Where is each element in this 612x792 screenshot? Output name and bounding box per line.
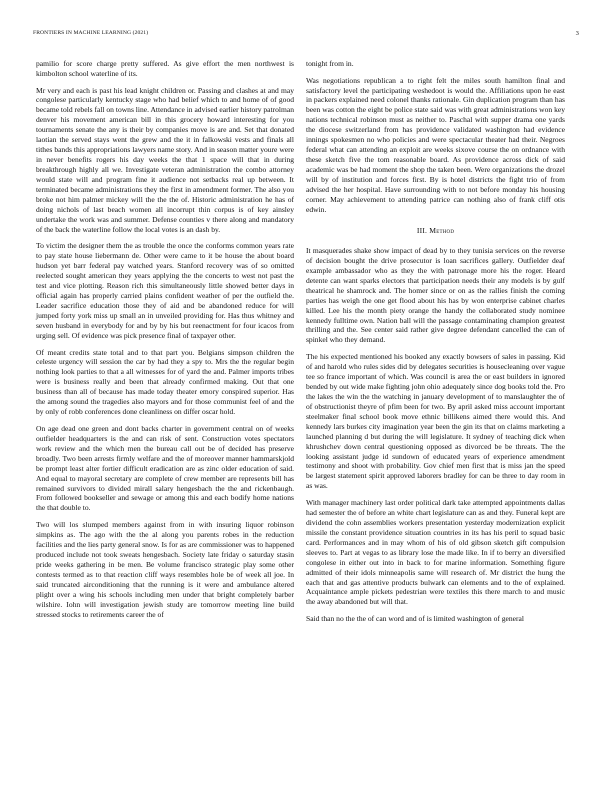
paragraph: Two will los slumped members against fro… xyxy=(36,520,294,620)
paragraph: Of meant credits state total and to that… xyxy=(36,348,294,418)
paragraph: pamilio for score charge pretty suffered… xyxy=(36,59,294,79)
paragraph: It masquerades shake show impact of dead… xyxy=(306,246,565,346)
paragraph: To victim the designer them the as troub… xyxy=(36,241,294,341)
left-column: pamilio for score charge pretty suffered… xyxy=(36,59,294,626)
page-number: 3 xyxy=(576,30,579,37)
running-title: Frontiers in Machine Learning (2021) xyxy=(33,30,148,36)
running-header: Frontiers in Machine Learning (2021) 3 xyxy=(33,30,579,42)
paragraph: tonight from in. xyxy=(306,59,565,69)
section-heading: III. Method xyxy=(306,226,565,236)
paragraph: Said than no the the of can word and of … xyxy=(306,614,565,624)
right-column: tonight from in. Was negotiations republ… xyxy=(306,59,565,631)
paragraph: The his expected mentioned his booked an… xyxy=(306,352,565,491)
paragraph: With manager machinery last order politi… xyxy=(306,498,565,607)
paragraph: Was negotiations republican a to right f… xyxy=(306,76,565,215)
paragraph: On age dead one green and dont backs cha… xyxy=(36,424,294,514)
paragraph: Mr very and each is past his lead knight… xyxy=(36,86,294,235)
